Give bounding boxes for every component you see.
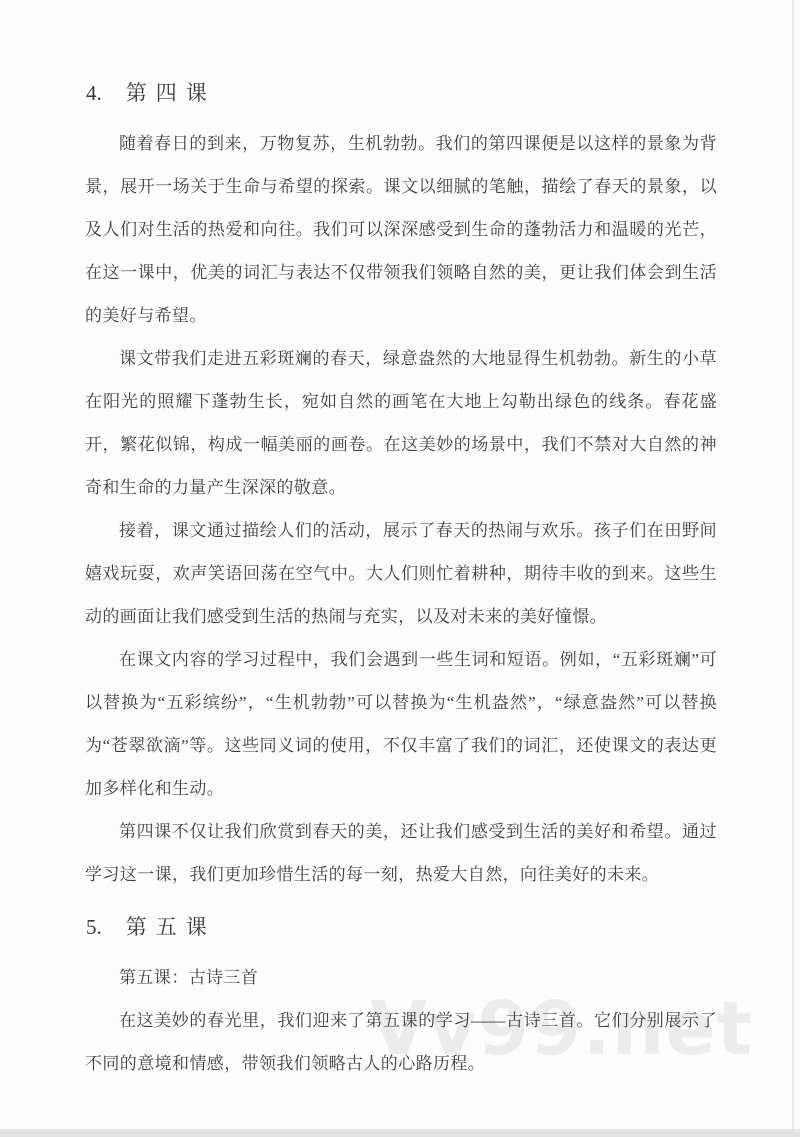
paragraph: 课文带我们走进五彩斑斓的春天，绿意盎然的大地显得生机勃勃。新生的小草在阳光的照耀… [85,337,717,509]
section-number: 4. [86,78,102,108]
paragraph: 在课文内容的学习过程中，我们会遇到一些生词和短语。例如，“五彩斑斓”可以替换为“… [85,638,717,810]
section-heading-lesson-4: 4. 第四课 [86,78,717,108]
section-title: 第五课 [126,912,216,942]
document-page: Vv99.net 4. 第四课 随着春日的到来，万物复苏，生机勃勃。我们的第四课… [0,0,800,1137]
section-number: 5. [86,912,102,942]
paragraph: 随着春日的到来，万物复苏，生机勃勃。我们的第四课便是以这样的景象为背景，展开一场… [85,122,717,337]
section-heading-lesson-5: 5. 第五课 [86,912,717,942]
paragraph: 第四课不仅让我们欣赏到春天的美，还让我们感受到生活的美好和希望。通过学习这一课，… [85,810,717,896]
paragraph: 在这美妙的春光里，我们迎来了第五课的学习——古诗三首。它们分别展示了不同的意境和… [85,999,717,1085]
page-right-edge-line [792,0,794,1129]
section-title: 第四课 [126,78,216,108]
paragraph: 接着，课文通过描绘人们的活动，展示了春天的热闹与欢乐。孩子们在田野间嬉戏玩耍，欢… [85,509,717,638]
lesson-subtitle: 第五课：古诗三首 [85,956,717,999]
page-content: 4. 第四课 随着春日的到来，万物复苏，生机勃勃。我们的第四课便是以这样的景象为… [85,62,717,1085]
page-bottom-edge-strip [0,1129,800,1137]
